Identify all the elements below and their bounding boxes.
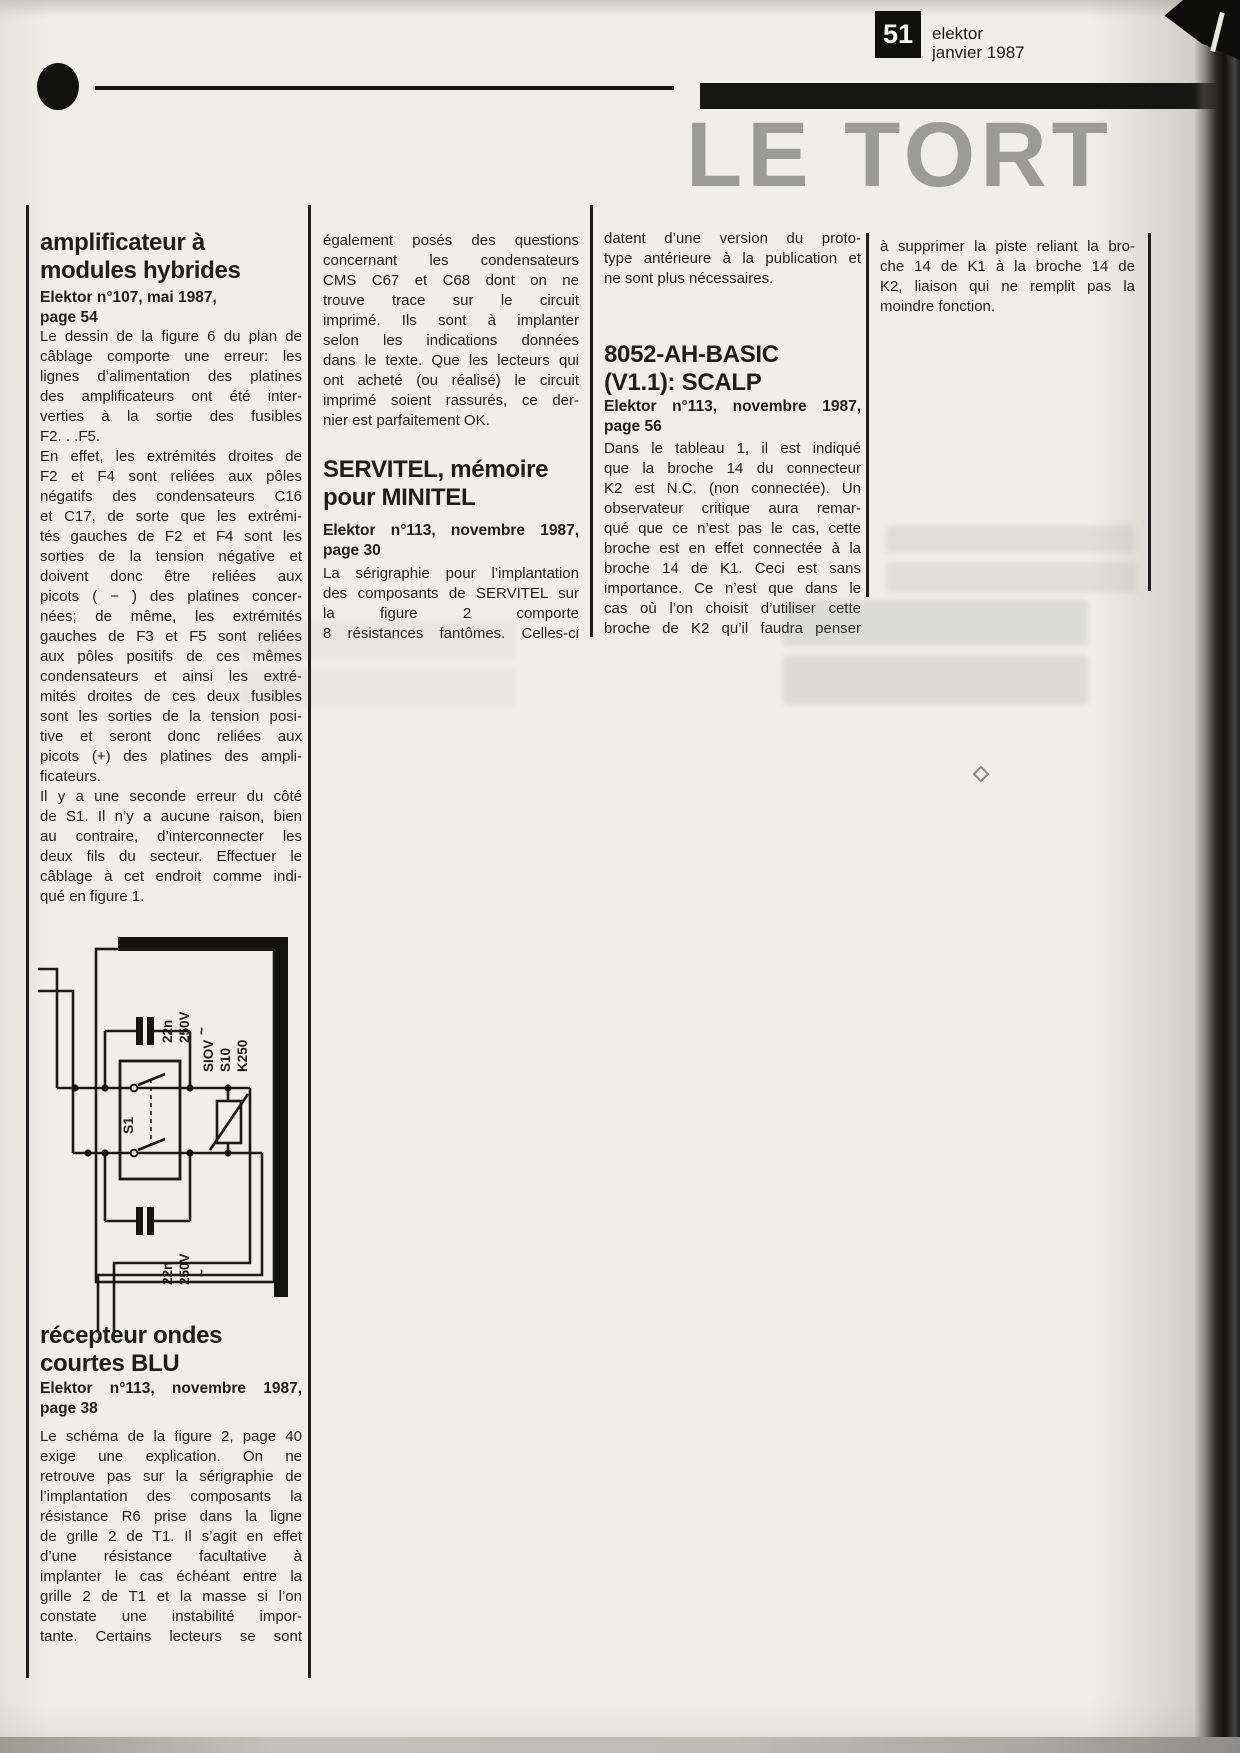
text-line: également posés des questions xyxy=(323,231,579,251)
text-line: câblage comporte une erreur: les xyxy=(40,347,302,367)
text-line: à supprimer la piste reliant la bro- xyxy=(880,237,1135,257)
text-line: tive et seront donc reliées aux xyxy=(40,727,302,747)
article-heading-recepteur: récepteur ondescourtes BLU xyxy=(40,1322,302,1378)
text-line: amplificateur à xyxy=(40,229,302,257)
text-line: moindre fonction. xyxy=(880,297,1135,317)
text-line: Le dessin de la figure 6 du plan de xyxy=(40,327,302,347)
column-rule-1-2 xyxy=(308,205,311,1678)
text-line: Elektor n°107, mai 1987, xyxy=(40,288,302,308)
article-heading-amplificateur: amplificateur àmodules hybrides xyxy=(40,229,302,285)
page-number-badge: 51 xyxy=(875,11,921,58)
text-line: grille 2 de T1 et la masse si l’on xyxy=(40,1587,302,1607)
text-line: qué en figure 1. xyxy=(40,887,302,907)
capacitor-bottom-label: 22n 250V ~ xyxy=(160,1253,209,1285)
text-line: nier est parfaitement OK. xyxy=(323,411,579,431)
text-line: courtes BLU xyxy=(40,1350,302,1378)
text-line: F2. . .F5. xyxy=(40,427,302,447)
text-line: broche 14 de K1. Ceci est sans xyxy=(604,559,861,579)
figure-1-schematic: S1 22n 250V ~ 22n 250V ~ SIOV S10 K250 xyxy=(30,935,300,1350)
column3-continuation-body: datent d’une version du proto-type antér… xyxy=(604,229,861,289)
text-line: constate une instabilité impor- xyxy=(40,1607,302,1627)
article-body-amplificateur: Le dessin de la figure 6 du plan decâbla… xyxy=(40,327,302,907)
column-rule-left xyxy=(26,205,29,1678)
text-line: selon les indications données xyxy=(323,331,579,351)
text-line: K2, liaison qui ne remplit pas la xyxy=(880,277,1135,297)
text-line: de grille 2 de T1. Il s’agit en effet xyxy=(40,1527,302,1547)
column-rule-2-3 xyxy=(590,205,593,637)
page-bottom-edge xyxy=(0,1737,1240,1753)
svg-text:~: ~ xyxy=(194,1027,209,1035)
text-line: retrouve pas sur la sérigraphie de xyxy=(40,1467,302,1487)
text-line: et C17, de sorte que les extrémi- xyxy=(40,507,302,527)
svg-text:22n: 22n xyxy=(160,1262,175,1285)
text-line: che 14 de K1 à la broche 14 de xyxy=(880,257,1135,277)
text-line: trouve trace sur le circuit xyxy=(323,291,579,311)
text-line: exige une explication. On ne xyxy=(40,1447,302,1467)
svg-text:250V: 250V xyxy=(177,1011,192,1043)
text-line: (V1.1): SCALP xyxy=(604,369,861,397)
svg-text:~: ~ xyxy=(194,1269,209,1277)
text-line: F2 et F4 sont reliées aux pôles xyxy=(40,467,302,487)
text-line: des amplificateurs ont été inter- xyxy=(40,387,302,407)
article-ref-servitel: Elektor n°113, novembre 1987,page 30 xyxy=(323,521,579,561)
text-line: modules hybrides xyxy=(40,257,302,285)
text-line: des composants de SERVITEL sur xyxy=(323,584,579,604)
magazine-name: elektor xyxy=(932,24,983,43)
text-line: page 54 xyxy=(40,308,302,328)
text-line: observateur critique aura remar- xyxy=(604,499,861,519)
text-line: 8052-AH-BASIC xyxy=(604,341,861,369)
text-line: page 56 xyxy=(604,417,861,437)
page-number: 51 xyxy=(883,19,913,50)
text-line: Elektor n°113, novembre 1987, xyxy=(604,397,861,417)
text-line: picots (+) des platines des ampli- xyxy=(40,747,302,767)
svg-text:SIOV: SIOV xyxy=(201,1040,216,1072)
text-line: page 30 xyxy=(323,541,579,561)
text-line: Il y a une seconde erreur du côté xyxy=(40,787,302,807)
text-line: sorties de la tension négative et xyxy=(40,547,302,567)
issue-date: janvier 1987 xyxy=(932,43,1025,63)
text-line: En effet, les extrémités droites de xyxy=(40,447,302,467)
text-line: SERVITEL, mémoire xyxy=(323,456,579,484)
text-line: résistance R6 prise dans la ligne xyxy=(40,1507,302,1527)
text-line: d’une résistance facultative à xyxy=(40,1547,302,1567)
capacitor-bottom xyxy=(105,1153,190,1235)
article-ref-8052: Elektor n°113, novembre 1987,page 56 xyxy=(604,397,861,437)
text-line: CMS C67 et C68 dont on ne xyxy=(323,271,579,291)
svg-text:250V: 250V xyxy=(177,1253,192,1285)
text-line: sont les sorties de la tension posi- xyxy=(40,707,302,727)
text-line: lignes d’alimentation des platines xyxy=(40,367,302,387)
text-line: deux fils du secteur. Effectuer le xyxy=(40,847,302,867)
bleedthrough-ghost xyxy=(783,600,1088,646)
text-line: que la broche 14 du connecteur xyxy=(604,459,861,479)
varistor-label: SIOV S10 K250 xyxy=(201,1040,250,1072)
text-line: La sérigraphie pour l’implantation xyxy=(323,564,579,584)
text-line: pour MINITEL xyxy=(323,484,579,512)
article-ref-recepteur: Elektor n°113, novembre 1987,page 38 xyxy=(40,1379,302,1419)
page-edge-shadow xyxy=(1194,0,1240,1753)
text-line: tés gauches de F2 et F4 sont les xyxy=(40,527,302,547)
text-line: Elektor n°113, novembre 1987, xyxy=(40,1379,302,1399)
switch-s1: S1 xyxy=(120,1061,180,1179)
column-rule-right xyxy=(1148,233,1151,591)
text-line: ficateurs. xyxy=(40,767,302,787)
text-line: négatifs des condensateurs C16 xyxy=(40,487,302,507)
varistor-symbol xyxy=(210,1088,248,1153)
svg-text:K250: K250 xyxy=(235,1040,250,1072)
scanned-magazine-page: { "header": { "page_number": "51", "maga… xyxy=(0,0,1240,1753)
switch-label: S1 xyxy=(120,1117,136,1134)
column4-continuation-body: à supprimer la piste reliant la bro-che … xyxy=(880,237,1135,317)
article-body-recepteur: Le schéma de la figure 2, page 40exige u… xyxy=(40,1427,302,1647)
header-rule xyxy=(95,86,674,90)
text-line: datent d’une version du proto- xyxy=(604,229,861,249)
text-line: récepteur ondes xyxy=(40,1322,302,1350)
svg-text:S10: S10 xyxy=(218,1048,233,1072)
svg-text:22n: 22n xyxy=(160,1020,175,1043)
page-title: LE TORT xyxy=(686,112,1113,198)
mains-wiring-diagram: S1 22n 250V ~ 22n 250V ~ SIOV S10 K250 xyxy=(30,935,300,1345)
text-line: K2 est N.C. (non connectée). Un xyxy=(604,479,861,499)
article-ref-amplificateur: Elektor n°107, mai 1987,page 54 xyxy=(40,288,302,328)
text-line: ont acheté (ou réalisé) le circuit xyxy=(323,371,579,391)
text-line: page 38 xyxy=(40,1399,302,1419)
text-line: imprimé. Ils sont à implanter xyxy=(323,311,579,331)
text-line: broche est en effet connectée à la xyxy=(604,539,861,559)
text-line: ne sont plus nécessaires. xyxy=(604,269,861,289)
capacitor-top-label: 22n 250V ~ xyxy=(160,1011,209,1043)
text-line: imprimé soient rassurés, ce der- xyxy=(323,391,579,411)
column2-continuation-body: également posés des questionsconcernant … xyxy=(323,231,579,431)
scan-speck xyxy=(973,766,990,783)
bleedthrough-ghost xyxy=(885,562,1137,593)
text-line: type antérieure à la publication et xyxy=(604,249,861,269)
bleedthrough-ghost xyxy=(240,620,515,658)
text-line: de S1. Il n’y a aucune raison, bien xyxy=(40,807,302,827)
article-heading-servitel: SERVITEL, mémoirepour MINITEL xyxy=(323,456,579,512)
text-line: implanter le cas échéant entre la xyxy=(40,1567,302,1587)
text-line: qué que ce n’est pas le cas, cette xyxy=(604,519,861,539)
text-line: concernant les condensateurs xyxy=(323,251,579,271)
text-line: picots ( − ) des platines concer- xyxy=(40,587,302,607)
text-line: verties à la sortie des fusibles xyxy=(40,407,302,427)
bleedthrough-ghost xyxy=(885,525,1135,553)
text-line: Le schéma de la figure 2, page 40 xyxy=(40,1427,302,1447)
text-line: au contraire, d’interconnecter les xyxy=(40,827,302,847)
text-line: doivent donc être reliées aux xyxy=(40,567,302,587)
text-line: importance. Ce n’est que dans le xyxy=(604,579,861,599)
column-rule-3-4 xyxy=(866,233,869,597)
text-line: câblage à cet endroit comme indi- xyxy=(40,867,302,887)
text-line: Elektor n°113, novembre 1987, xyxy=(323,521,579,541)
text-line: dans le texte. Que les lecteurs qui xyxy=(323,351,579,371)
text-line: l’implantation des composants la xyxy=(40,1487,302,1507)
punch-hole-mark xyxy=(37,63,79,110)
text-line: tante. Certains lecteurs se sont xyxy=(40,1627,302,1647)
article-heading-8052: 8052-AH-BASIC(V1.1): SCALP xyxy=(604,341,861,397)
bleedthrough-ghost xyxy=(783,655,1088,705)
bleedthrough-ghost xyxy=(240,668,515,706)
text-line: Dans le tableau 1, il est indiqué xyxy=(604,439,861,459)
